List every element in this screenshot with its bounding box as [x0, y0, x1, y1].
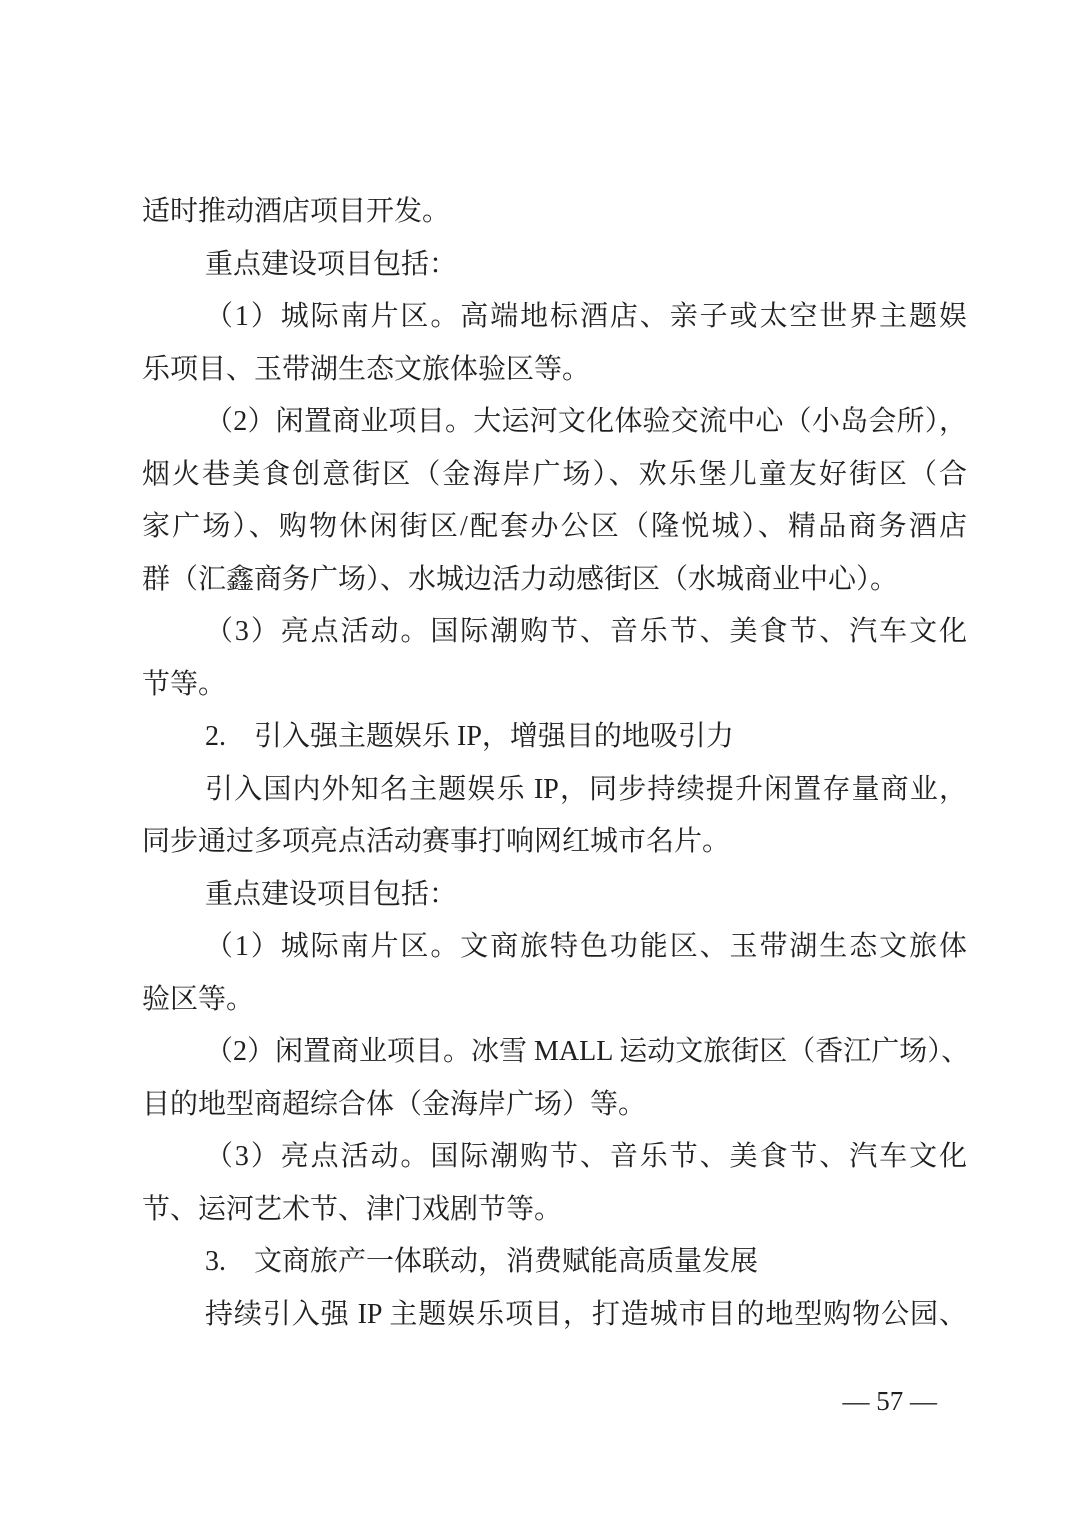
text-line: 引入国内外知名主题娱乐 IP，同步持续提升闲置存量商业，: [142, 764, 967, 817]
text-line: （2）闲置商业项目。大运河文化体验交流中心（小岛会所），: [142, 396, 967, 449]
text-line: 乐项目、玉带湖生态文旅体验区等。: [142, 344, 967, 397]
text-line: 同步通过多项亮点活动赛事打响网红城市名片。: [142, 816, 967, 869]
text-line: 3. 文商旅产一体联动，消费赋能高质量发展: [142, 1236, 967, 1289]
text-line: 目的地型商超综合体（金海岸广场）等。: [142, 1079, 967, 1132]
page-number: — 57 —: [843, 1384, 938, 1418]
text-line: 验区等。: [142, 974, 967, 1027]
text-line: （3）亮点活动。国际潮购节、音乐节、美食节、汽车文化: [142, 1131, 967, 1184]
text-line: 家广场）、购物休闲街区/配套办公区（隆悦城）、精品商务酒店: [142, 501, 967, 554]
document-page: 适时推动酒店项目开发。重点建设项目包括：（1）城际南片区。高端地标酒店、亲子或太…: [0, 0, 1074, 1520]
text-line: 重点建设项目包括：: [142, 869, 967, 922]
text-line: 持续引入强 IP 主题娱乐项目，打造城市目的地型购物公园、: [142, 1289, 967, 1342]
text-line: （1）城际南片区。高端地标酒店、亲子或太空世界主题娱: [142, 291, 967, 344]
text-line: （1）城际南片区。文商旅特色功能区、玉带湖生态文旅体: [142, 921, 967, 974]
text-line: 节等。: [142, 659, 967, 712]
text-line: 节、运河艺术节、津门戏剧节等。: [142, 1184, 967, 1237]
text-line: 重点建设项目包括：: [142, 239, 967, 292]
text-line: 群（汇鑫商务广场）、水城边活力动感街区（水城商业中心）。: [142, 554, 967, 607]
text-line: 2. 引入强主题娱乐 IP，增强目的地吸引力: [142, 711, 967, 764]
text-line: 烟火巷美食创意街区（金海岸广场）、欢乐堡儿童友好街区（合: [142, 449, 967, 502]
text-line: （3）亮点活动。国际潮购节、音乐节、美食节、汽车文化: [142, 606, 967, 659]
document-body: 适时推动酒店项目开发。重点建设项目包括：（1）城际南片区。高端地标酒店、亲子或太…: [142, 186, 967, 1341]
text-line: （2）闲置商业项目。冰雪 MALL 运动文旅街区（香江广场）、: [142, 1026, 967, 1079]
text-line: 适时推动酒店项目开发。: [142, 186, 967, 239]
